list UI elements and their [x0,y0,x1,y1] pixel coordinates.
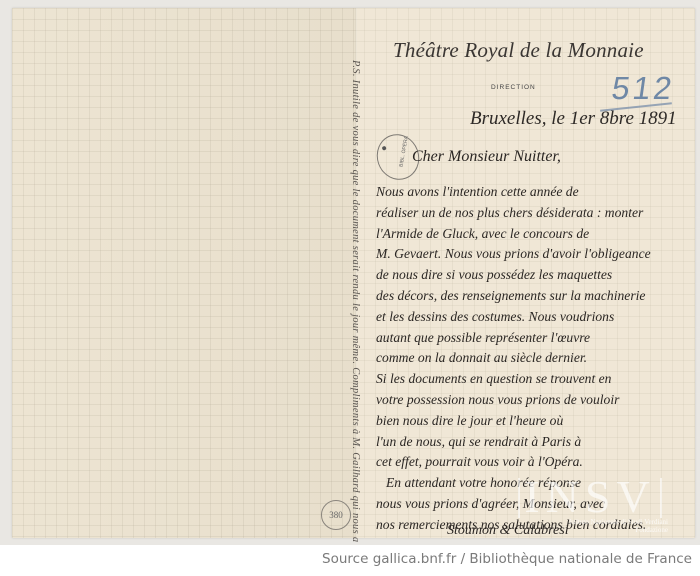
body-line: de nous dire si vous possédez les maquet… [376,265,676,286]
body-line: M. Gevaert. Nous vous prions d'avoir l'o… [376,244,676,265]
letterhead-title: Théâtre Royal de la Monnaie [393,38,644,63]
signature: Stoumon & Calabresi [447,523,569,539]
letterhead-subtitle: DIRECTION [491,84,536,91]
body-line: bien nous dire le jour et l'heure où [376,411,676,432]
body-line: Nous avons l'intention cette année de [376,182,676,203]
source-credit: Source gallica.bnf.fr / Bibliothèque nat… [322,551,692,567]
body-line: l'Armide de Gluck, avec le concours de [376,224,676,245]
source-footer: Source gallica.bnf.fr / Bibliothèque nat… [0,545,700,576]
body-line: comme on la donnait au siècle dernier. [376,348,676,369]
dateline: Bruxelles, le 1er 8bre 1891 [470,108,677,130]
document-viewer[interactable]: P.S. Inutile de vous dire que le documen… [0,0,700,545]
body-line: votre possession nous vous prions de vou… [376,390,676,411]
body-line: et les dessins des costumes. Nous voudri… [376,307,676,328]
body-line: des décors, des renseignements sur la ma… [376,286,676,307]
body-line: l'un de nous, qui se rendrait à Paris à [376,432,676,453]
folio-number: 512 [609,70,677,107]
letter-body: Nous avons l'intention cette année de ré… [376,182,676,536]
stamp-text: BIBL. OPÉRA [398,136,409,168]
body-line: En attendant votre honorée réponse [376,473,676,494]
salutation: Cher Monsieur Nuitter, [412,148,561,166]
body-line: autant que possible représenter l'œuvre [376,328,676,349]
archive-number-stamp: 380 [321,500,351,530]
body-line: cet effet, pourrait vous voir à l'Opéra. [376,452,676,473]
body-line: nous vous prions d'agréer, Monsieur, ave… [376,494,676,515]
body-line: réaliser un de nos plus chers désiderata… [376,203,676,224]
postscript-vertical: P.S. Inutile de vous dire que le documen… [323,60,363,520]
archive-number: 380 [329,510,343,520]
left-page-blank [12,8,355,538]
body-line: Si les documents en question se trouvent… [376,369,676,390]
